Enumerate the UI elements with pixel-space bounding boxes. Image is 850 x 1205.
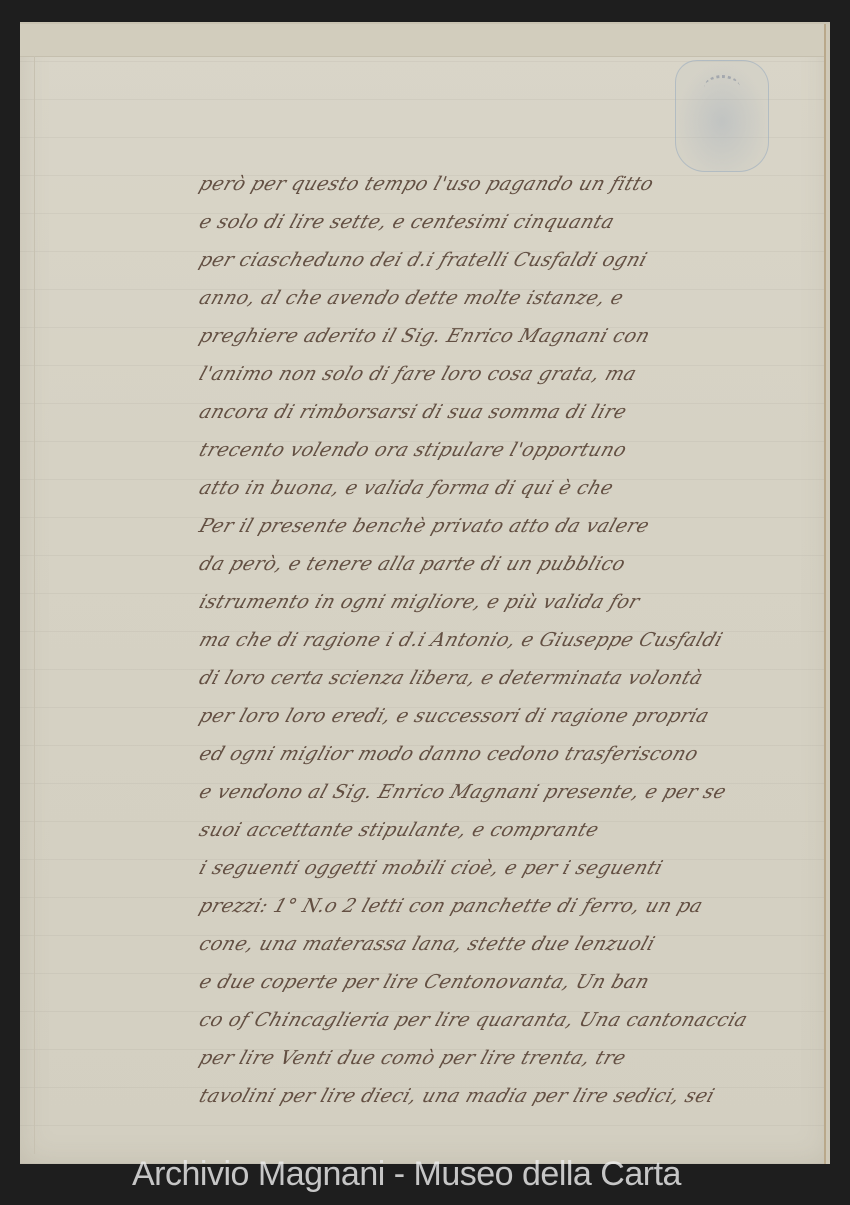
text-line: i seguenti oggetti mobili cioè, e per i …	[194, 849, 756, 887]
text-line: l'animo non solo di fare loro cosa grata…	[194, 355, 756, 393]
embossed-seal-icon	[675, 60, 769, 172]
text-line: di loro certa scienza libera, e determin…	[194, 659, 756, 697]
text-line: ed ogni miglior modo danno cedono trasfe…	[194, 735, 756, 773]
text-line: da però, e tenere alla parte di un pubbl…	[194, 545, 756, 583]
page-margin-edge	[34, 56, 35, 1154]
text-line: co of Chincaglieria per lire quaranta, U…	[194, 1001, 756, 1039]
text-line: trecento volendo ora stipulare l'opportu…	[194, 431, 756, 469]
text-line: cone, una materassa lana, stette due len…	[194, 925, 756, 963]
text-line: preghiere aderito il Sig. Enrico Magnani…	[194, 317, 756, 355]
text-line: ma che di ragione i d.i Antonio, e Giuse…	[194, 621, 756, 659]
text-line: e due coperte per lire Centonovanta, Un …	[194, 963, 756, 1001]
text-line: per ciascheduno dei d.i fratelli Cusfald…	[194, 241, 756, 279]
text-line: anno, al che avendo dette molte istanze,…	[194, 279, 756, 317]
seal-crown-icon	[704, 75, 740, 100]
text-line: però per questo tempo l'uso pagando un f…	[194, 165, 756, 203]
text-line: tavolini per lire dieci, una madia per l…	[194, 1077, 756, 1115]
text-line: Per il presente benchè privato atto da v…	[194, 507, 756, 545]
archive-watermark: Archivio Magnani - Museo della Carta	[132, 1155, 850, 1194]
handwritten-text: però per questo tempo l'uso pagando un f…	[200, 165, 750, 1115]
text-line: istrumento in ogni migliore, e più valid…	[194, 583, 756, 621]
text-line: e solo di lire sette, e centesimi cinqua…	[194, 203, 756, 241]
text-line: suoi accettante stipulante, e comprante	[194, 811, 756, 849]
text-line: e vendono al Sig. Enrico Magnani present…	[194, 773, 756, 811]
text-line: prezzi: 1° N.o 2 letti con panchette di …	[194, 887, 756, 925]
text-line: per lire Venti due comò per lire trenta,…	[194, 1039, 756, 1077]
text-line: ancora di rimborsarsi di sua somma di li…	[194, 393, 756, 431]
text-line: per loro loro eredi, e successori di rag…	[194, 697, 756, 735]
page-top-edge	[20, 24, 830, 57]
text-line: atto in buona, e valida forma di qui è c…	[194, 469, 756, 507]
adjacent-leaf-edge	[826, 24, 830, 1164]
